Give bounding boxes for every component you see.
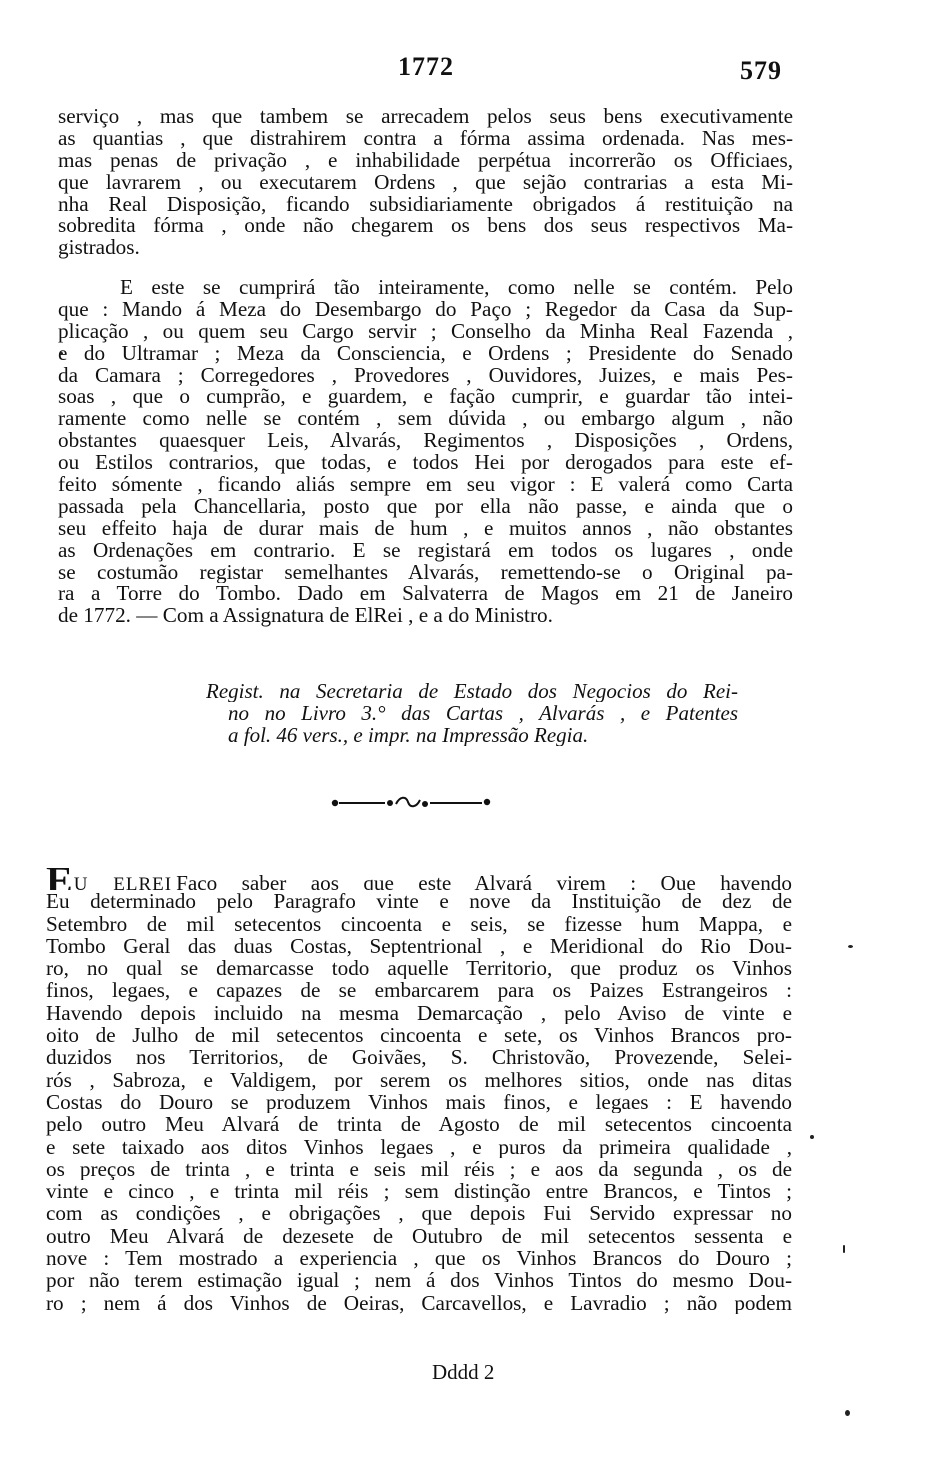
text-line: ra a Torre do Tombo. Dado em Salvaterra … [58,583,793,605]
opening-line: EU ELREIFaço saber aos que este Alvará v… [46,868,792,890]
opening-smallcaps: U ELREI [74,874,172,890]
registration-note: Regist. na Secretaria de Estado dos Nego… [206,680,738,746]
text-line: que lavrarem , ou executarem Ordens , qu… [58,172,793,194]
text-line: Eu determinado pelo Paragrafo vinte e no… [46,890,792,912]
scan-speck [848,945,853,948]
text-line: no no Livro 3.° das Cartas , Alvarás , e… [206,702,738,724]
text-line: Setembro de mil setecentos cincoenta e s… [46,913,792,935]
running-head-year: 1772 [398,52,454,82]
text-line: plicação , ou quem seu Cargo servir ; Co… [58,321,793,343]
text-line: ou Estilos contrarios, que todas, e todo… [58,452,793,474]
scan-speck [843,1245,845,1253]
scan-speck [60,352,63,355]
text-line: as quantias , que distrahirem contra a f… [58,128,793,150]
text-line: feito sómente , ficando aliás sempre em … [58,474,793,496]
text-line: da Camara ; Corregedores , Provedores , … [58,365,793,387]
page-number: 579 [740,56,782,86]
text-line: soas , que o cumprão, e guardem, e fação… [58,386,793,408]
opening-line-text: Faço saber aos que este Alvará virem : Q… [176,871,792,890]
text-line: que : Mando á Meza do Desembargo do Paço… [58,299,793,321]
signature-mark: Dddd 2 [432,1360,494,1385]
text-line: seu effeito haja de durar mais de hum , … [58,518,793,540]
text-line: ramente como nelle se contém , sem dúvid… [58,408,793,430]
text-line: se costumão registar semelhantes Alvarás… [58,562,793,584]
ornament-rule-icon [330,794,495,810]
text-line: Tombo Geral das duas Costas, Septentrion… [46,935,792,957]
text-line: ro, no qual se demarcasse todo aquelle T… [46,957,792,979]
scan-speck [810,1135,814,1139]
paragraph-continued: serviço , mas que tambem se arrecadem pe… [58,106,793,259]
text-line: e sete taixado aos ditos Vinhos legaes ,… [46,1136,792,1158]
drop-cap: E [46,868,73,890]
text-line: Costas do Douro se produzem Vinhos mais … [46,1091,792,1113]
text-line: sobredita fórma , onde não chegarem os b… [58,215,793,237]
text-line: mas penas de privação , e inhabilidade p… [58,150,793,172]
section-divider-ornament [330,794,495,810]
text-line: pelo outro Meu Alvará de trinta de Agost… [46,1113,792,1135]
text-line: nha Real Disposição, ficando subsidiaria… [58,194,793,216]
book-page: 1772 579 serviço , mas que tambem se arr… [0,0,930,1482]
paragraph-enactment: E este se cumprirá tão inteiramente, com… [58,277,793,627]
text-line: finos, legaes, e capazes de se embarcare… [46,979,792,1001]
text-line: gistrados. [58,237,793,259]
alvara-opening: EU ELREIFaço saber aos que este Alvará v… [46,868,792,1314]
text-line: vinte e cinco , e trinta mil réis ; sem … [46,1180,792,1202]
scan-speck [845,1410,850,1416]
running-head: 1772 579 [0,52,930,92]
text-line: obstantes quaesquer Leis, Alvarás, Regim… [58,430,793,452]
text-line: outro Meu Alvará de dezesete de Outubro … [46,1225,792,1247]
text-line: e do Ultramar ; Meza da Consciencia, e O… [58,343,793,365]
text-line: com as condições , e obrigações , que de… [46,1202,792,1224]
text-line: oito de Julho de mil setecentos cincoent… [46,1024,792,1046]
text-line: os preços de trinta , e trinta e seis mi… [46,1158,792,1180]
text-line: duzidos nos Territorios, de Goivães, S. … [46,1046,792,1068]
text-line: ro ; nem á dos Vinhos de Oeiras, Carcave… [46,1292,792,1314]
text-line: de 1772. — Com a Assignatura de ElRei , … [58,605,793,627]
text-line: as Ordenações em contrario. E se regista… [58,540,793,562]
text-line: por não terem estimação igual ; nem á do… [46,1269,792,1291]
text-line: E este se cumprirá tão inteiramente, com… [58,277,793,299]
text-line: a fol. 46 vers., e impr. na Impressão Re… [206,724,738,746]
text-line: serviço , mas que tambem se arrecadem pe… [58,106,793,128]
text-line: Regist. na Secretaria de Estado dos Nego… [206,680,738,702]
text-line: rós , Sabroza, e Valdigem, por serem os … [46,1069,792,1091]
text-line: passada pela Chancellaria, posto que por… [58,496,793,518]
text-line: nove : Tem mostrado a experiencia , que … [46,1247,792,1269]
text-line: Havendo depois incluido na mesma Demarca… [46,1002,792,1024]
